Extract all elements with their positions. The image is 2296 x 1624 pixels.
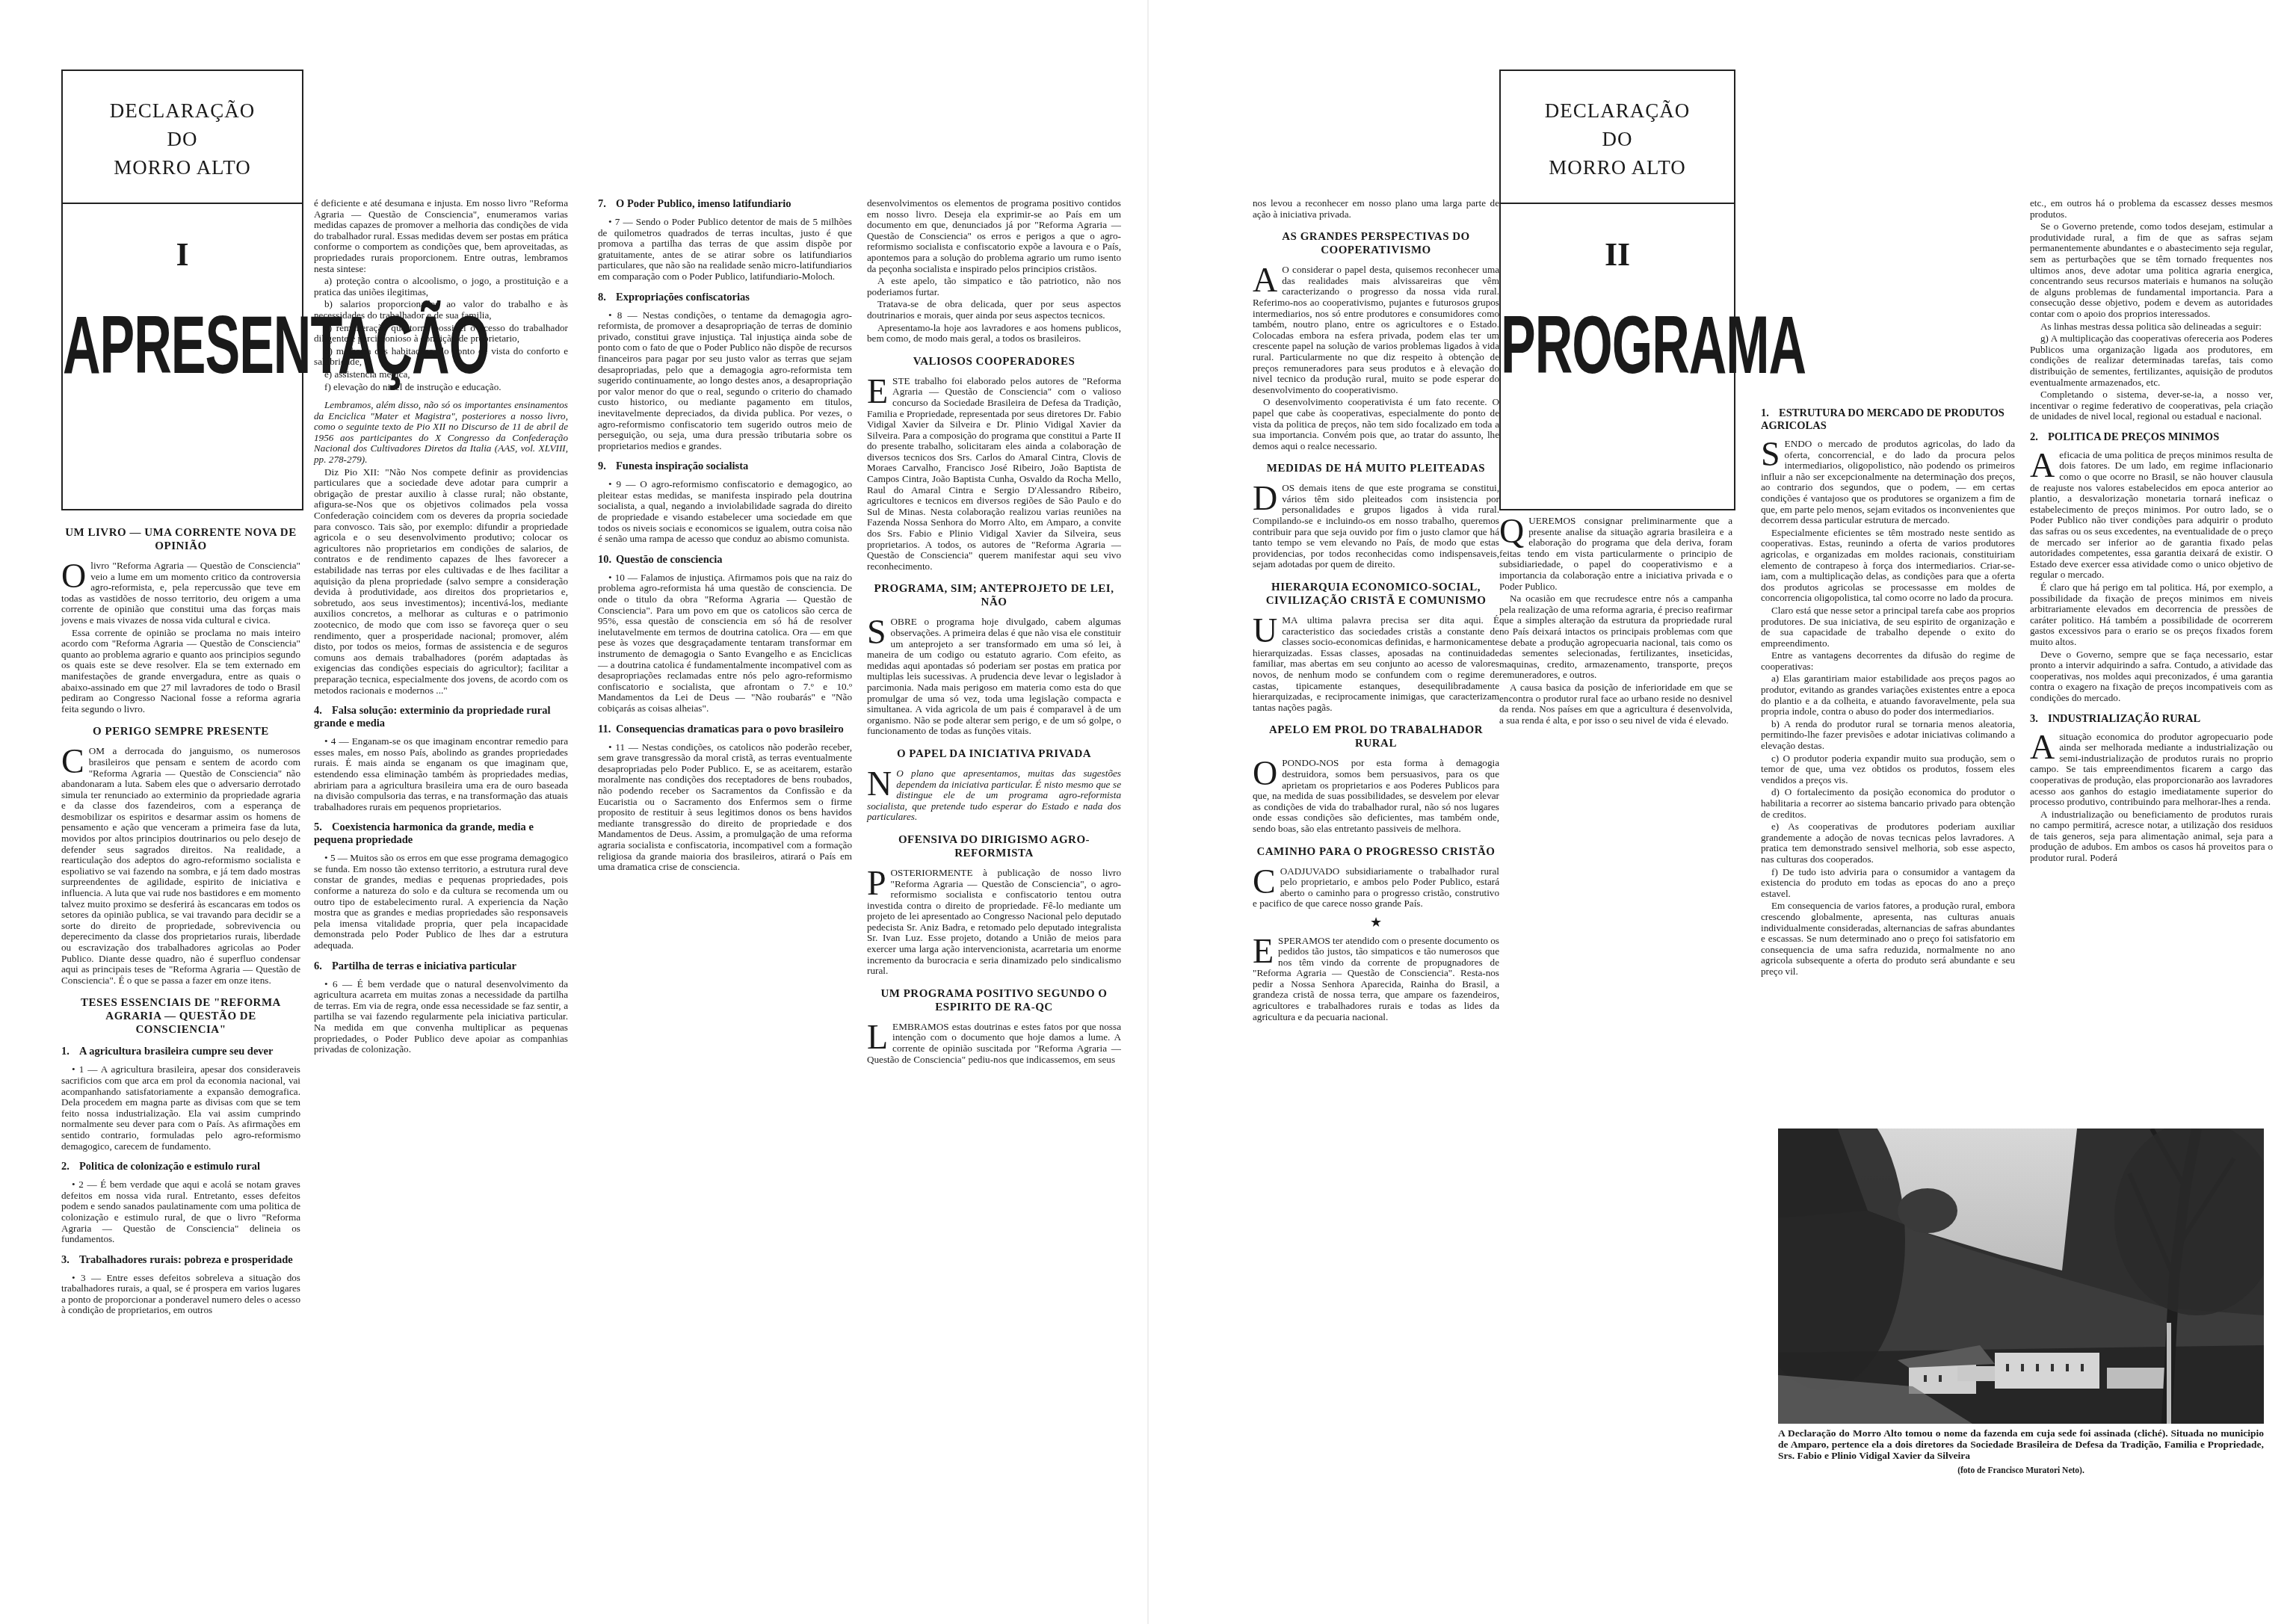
paragraph: A industrialização ou beneficiamento de … <box>2030 809 2273 864</box>
farmhouse-image-icon <box>1778 1129 2264 1424</box>
paragraph: DOS demais itens de que este programa se… <box>1253 483 1499 570</box>
drop-cap: S <box>1761 440 1780 469</box>
drop-cap: L <box>867 1023 888 1052</box>
paragraph: Asituação economica do produtor agropecu… <box>2030 732 2273 808</box>
paragraph: • 7 — Sendo o Poder Publico detentor de … <box>598 217 852 282</box>
drop-cap: C <box>1253 868 1276 896</box>
title-line-1: DECLARAÇÃO <box>1501 96 1734 125</box>
paragraph: • 2 — É bem verdade que aqui e acolá se … <box>61 1179 300 1245</box>
paragraph: • 3 — Entre esses defeitos sobreleva a s… <box>61 1273 300 1316</box>
paragraph: Completando o sistema, dever-se-ia, a no… <box>2030 389 2273 422</box>
paragraph: Se o Governo pretende, como todos deseja… <box>2030 221 2273 319</box>
paragraph: é deficiente e até desumana e injusta. E… <box>314 198 568 274</box>
paragraph: Lembramos, além disso, não só os importa… <box>314 400 568 466</box>
drop-cap: D <box>1253 484 1277 513</box>
section-heading: CAMINHO PARA O PROGRESSO CRISTÃO <box>1253 845 1499 859</box>
drop-cap: A <box>2030 451 2055 480</box>
drop-cap: E <box>1253 937 1274 966</box>
item-heading: 1.A agricultura brasileira cumpre seu de… <box>61 1046 300 1058</box>
drop-cap: N <box>867 770 892 798</box>
paragraph: OPONDO-NOS por esta forma à demagogia de… <box>1253 758 1499 834</box>
title-box-right: DECLARAÇÃO DO MORRO ALTO II PROGRAMA <box>1499 70 1735 510</box>
paragraph: desenvolvimentos os elementos de program… <box>867 198 1121 274</box>
section-heading: UM LIVRO — UMA CORRENTE NOVA DE OPINIÃO <box>61 526 300 553</box>
paragraph: Aeficacia de uma politica de preços mini… <box>2030 450 2273 581</box>
column-7: 1.ESTRUTURA DO MERCADO DE PRODUTOS AGRIC… <box>1761 198 2015 979</box>
title-line-1: DECLARAÇÃO <box>63 96 302 125</box>
paragraph: Claro está que nesse setor a principal t… <box>1761 605 2015 649</box>
item-heading: 7.O Poder Publico, imenso latifundiario <box>598 198 852 211</box>
part-number: I <box>63 235 302 274</box>
list-item: f) De tudo isto adviria para o consumido… <box>1761 867 2015 900</box>
drop-cap: O <box>61 562 86 590</box>
drop-cap: A <box>1253 266 1277 294</box>
column-4: desenvolvimentos os elementos de program… <box>867 198 1121 1066</box>
list-item: a) proteção contra o alcoolismo, o jogo,… <box>314 276 568 297</box>
item-heading: 4.Falsa solução: exterminio da proprieda… <box>314 705 568 730</box>
item-heading: 11.Consequencias dramaticas para o povo … <box>598 723 852 736</box>
paragraph: Olivro "Reforma Agraria — Questão de Con… <box>61 561 300 626</box>
item-heading: 10.Questão de consciencia <box>598 554 852 566</box>
section-heading: HIERARQUIA ECONOMICO-SOCIAL, CIVILIZAÇÃO… <box>1253 581 1499 608</box>
quote: Diz Pio XII: "Não Nos compete definir as… <box>314 467 568 696</box>
paragraph: A este apelo, tão simpatico e tão patrio… <box>867 276 1121 297</box>
item-heading: 6.Partilha de terras e iniciativa partic… <box>314 960 568 973</box>
paragraph: UMA ultima palavra precisa ser dita aqui… <box>1253 615 1499 713</box>
list-item: b) A renda do produtor rural se tornaria… <box>1761 719 2015 752</box>
item-heading: 5.Coexistencia harmonica da grande, medi… <box>314 821 568 847</box>
photo-caption: A Declaração do Morro Alto tomou o nome … <box>1778 1427 2264 1461</box>
item-heading: 3.INDUSTRIALIZAÇÃO RURAL <box>2030 713 2273 726</box>
section-heading: VALIOSOS COOPERADORES <box>867 355 1121 368</box>
title-line-3: MORRO ALTO <box>1501 153 1734 182</box>
paragraph: • 9 — O agro-reformismo confiscatorio e … <box>598 479 852 545</box>
section-heading: TESES ESSENCIAIS DE "REFORMA AGRARIA — Q… <box>61 996 300 1037</box>
paragraph: NO plano que apresentamos, muitas das su… <box>867 768 1121 823</box>
column-1: UM LIVRO — UMA CORRENTE NOVA DE OPINIÃO … <box>61 516 300 1318</box>
drop-cap: S <box>867 618 886 646</box>
drop-cap: P <box>867 869 886 898</box>
paragraph: COM a derrocada do janguismo, os numeros… <box>61 746 300 986</box>
star-icon: ★ <box>1253 917 1499 928</box>
paragraph: ESTE trabalho foi elaborado pelos autore… <box>867 376 1121 572</box>
section-heading: APELO EM PROL DO TRABALHADOR RURAL <box>1253 723 1499 750</box>
item-heading: 2.POLITICA DE PREÇOS MINIMOS <box>2030 431 2273 444</box>
section-heading: UM PROGRAMA POSITIVO SEGUNDO O ESPIRITO … <box>867 987 1121 1014</box>
paragraph: • 1 — A agricultura brasileira, apesar d… <box>61 1064 300 1152</box>
item-heading: 3.Trabalhadores rurais: pobreza e prospe… <box>61 1254 300 1267</box>
paragraph: • 6 — É bem verdade que o natural desenv… <box>314 979 568 1055</box>
item-heading: 9.Funesta inspiração socialista <box>598 460 852 473</box>
item-heading: 8.Expropriações confiscatorias <box>598 291 852 304</box>
list-item: d) melhoria das habitações, do ponto de … <box>314 346 568 368</box>
list-item: d) O fortalecimento da posição economica… <box>1761 787 2015 820</box>
paragraph: ESPERAMOS ter atendido com o presente do… <box>1253 936 1499 1023</box>
paragraph: • 8 — Nestas condições, o tentame da dem… <box>598 310 852 452</box>
section-heading: AS GRANDES PERSPECTIVAS DO COOPERATIVISM… <box>1253 230 1499 257</box>
farm-photo <box>1778 1129 2264 1424</box>
paragraph: Tratava-se de obra delicada, quer por se… <box>867 299 1121 321</box>
list-item: e) assistencia medica, <box>314 369 568 380</box>
column-2: é deficiente e até desumana e injusta. E… <box>314 198 568 1057</box>
section-heading: O PAPEL DA INICIATIVA PRIVADA <box>867 747 1121 761</box>
paragraph: Essa corrente de opinião se proclama no … <box>61 628 300 715</box>
list-item: g) A multiplicação das cooperativas ofer… <box>2030 333 2273 388</box>
list-item: a) Elas garantiriam maior estabilidade a… <box>1761 673 2015 717</box>
list-item: e) As cooperativas de produtores poderia… <box>1761 821 2015 865</box>
drop-cap: C <box>61 747 84 776</box>
masthead-title: DECLARAÇÃO DO MORRO ALTO <box>63 71 302 204</box>
paragraph: Na ocasião em que recrudesce entre nós a… <box>1499 593 1732 681</box>
list-item: c) remuneração que torne possivel o aces… <box>314 323 568 345</box>
paragraph: AO considerar o papel desta, quisemos re… <box>1253 265 1499 395</box>
item-heading: 1.ESTRUTURA DO MERCADO DE PRODUTOS AGRIC… <box>1761 407 2015 433</box>
title-line-2: DO <box>1501 125 1734 153</box>
paragraph: COADJUVADO subsidiariamente o trabalhado… <box>1253 866 1499 910</box>
left-page: DECLARAÇÃO DO MORRO ALTO I APRESENTAÇÃO … <box>0 0 1148 1624</box>
paragraph: As linhas mestras dessa politica são del… <box>2030 321 2273 333</box>
paragraph: nos levou a reconhecer em nosso plano um… <box>1253 198 1499 220</box>
paragraph: • 5 — Muitos são os erros em que esse pr… <box>314 853 568 951</box>
paragraph: SOBRE o programa hoje divulgado, cabem a… <box>867 617 1121 737</box>
title-line-2: DO <box>63 125 302 153</box>
paragraph: QUEREMOS consignar preliminarmente que a… <box>1499 516 1732 592</box>
drop-cap: E <box>867 377 888 406</box>
paragraph: LEMBRAMOS estas doutrinas e estes fatos … <box>867 1022 1121 1065</box>
list-item: c) O produtor poderia expandir muito sua… <box>1761 753 2015 786</box>
paragraph: O desenvolvimento cooperativista é um fa… <box>1253 397 1499 451</box>
list-item: f) elevação do nivel de instrução e educ… <box>314 382 568 393</box>
column-5: nos levou a reconhecer em nosso plano um… <box>1253 198 1499 1024</box>
masthead-title: DECLARAÇÃO DO MORRO ALTO <box>1501 71 1734 204</box>
section-heading: O PERIGO SEMPRE PRESENTE <box>61 725 300 738</box>
photo-credit: (foto de Francisco Muratori Neto). <box>1778 1466 2264 1475</box>
paragraph: SENDO o mercado de produtos agricolas, d… <box>1761 439 2015 526</box>
paragraph: POSTERIORMENTE à publicação de nosso liv… <box>867 868 1121 977</box>
column-3: 7.O Poder Publico, imenso latifundiario … <box>598 198 852 874</box>
paragraph: Apresentamo-la hoje aos lavradores e aos… <box>867 323 1121 345</box>
paragraph: • 4 — Enganam-se os que imaginam encontr… <box>314 736 568 812</box>
part-number: II <box>1501 235 1734 274</box>
paragraph: Deve o Governo, sempre que se faça neces… <box>2030 649 2273 704</box>
section-heading: MEDIDAS DE HÁ MUITO PLEITEADAS <box>1253 462 1499 475</box>
drop-cap: O <box>1253 759 1277 788</box>
section-heading: PROGRAMA, SIM; ANTEPROJETO DE LEI, NÃO <box>867 582 1121 609</box>
drop-cap: A <box>2030 733 2055 762</box>
paragraph: • 11 — Nestas condições, os catolicos nã… <box>598 742 852 873</box>
paragraph: Em consequencia de varios fatores, a pro… <box>1761 901 2015 977</box>
part-title: APRESENTAÇÃO <box>63 299 302 392</box>
list-item: b) salarios proporcionados ao valor do t… <box>314 299 568 321</box>
drop-cap: Q <box>1499 517 1524 546</box>
column-8: etc., em outros há o problema da escasse… <box>2030 198 2273 865</box>
drop-cap: U <box>1253 617 1277 645</box>
paragraph: Entre as vantagens decorrentes da difusã… <box>1761 650 2015 672</box>
paragraph: etc., em outros há o problema da escasse… <box>2030 198 2273 220</box>
paragraph: A causa basica da posição de inferiorida… <box>1499 682 1732 726</box>
item-heading: 2.Politica de colonização e estimulo rur… <box>61 1161 300 1173</box>
paragraph: Especialmente eficientes se têm mostrado… <box>1761 528 2015 604</box>
title-box-left: DECLARAÇÃO DO MORRO ALTO I APRESENTAÇÃO <box>61 70 303 510</box>
paragraph: • 10 — Falamos de injustiça. Afirmamos p… <box>598 572 852 714</box>
paragraph: É claro que há perigo em tal politica. H… <box>2030 582 2273 648</box>
section-heading: OFENSIVA DO DIRIGISMO AGRO-REFORMISTA <box>867 833 1121 860</box>
title-line-3: MORRO ALTO <box>63 153 302 182</box>
column-6: QUEREMOS consignar preliminarmente que a… <box>1499 516 1732 727</box>
part-title: PROGRAMA <box>1501 299 1734 392</box>
